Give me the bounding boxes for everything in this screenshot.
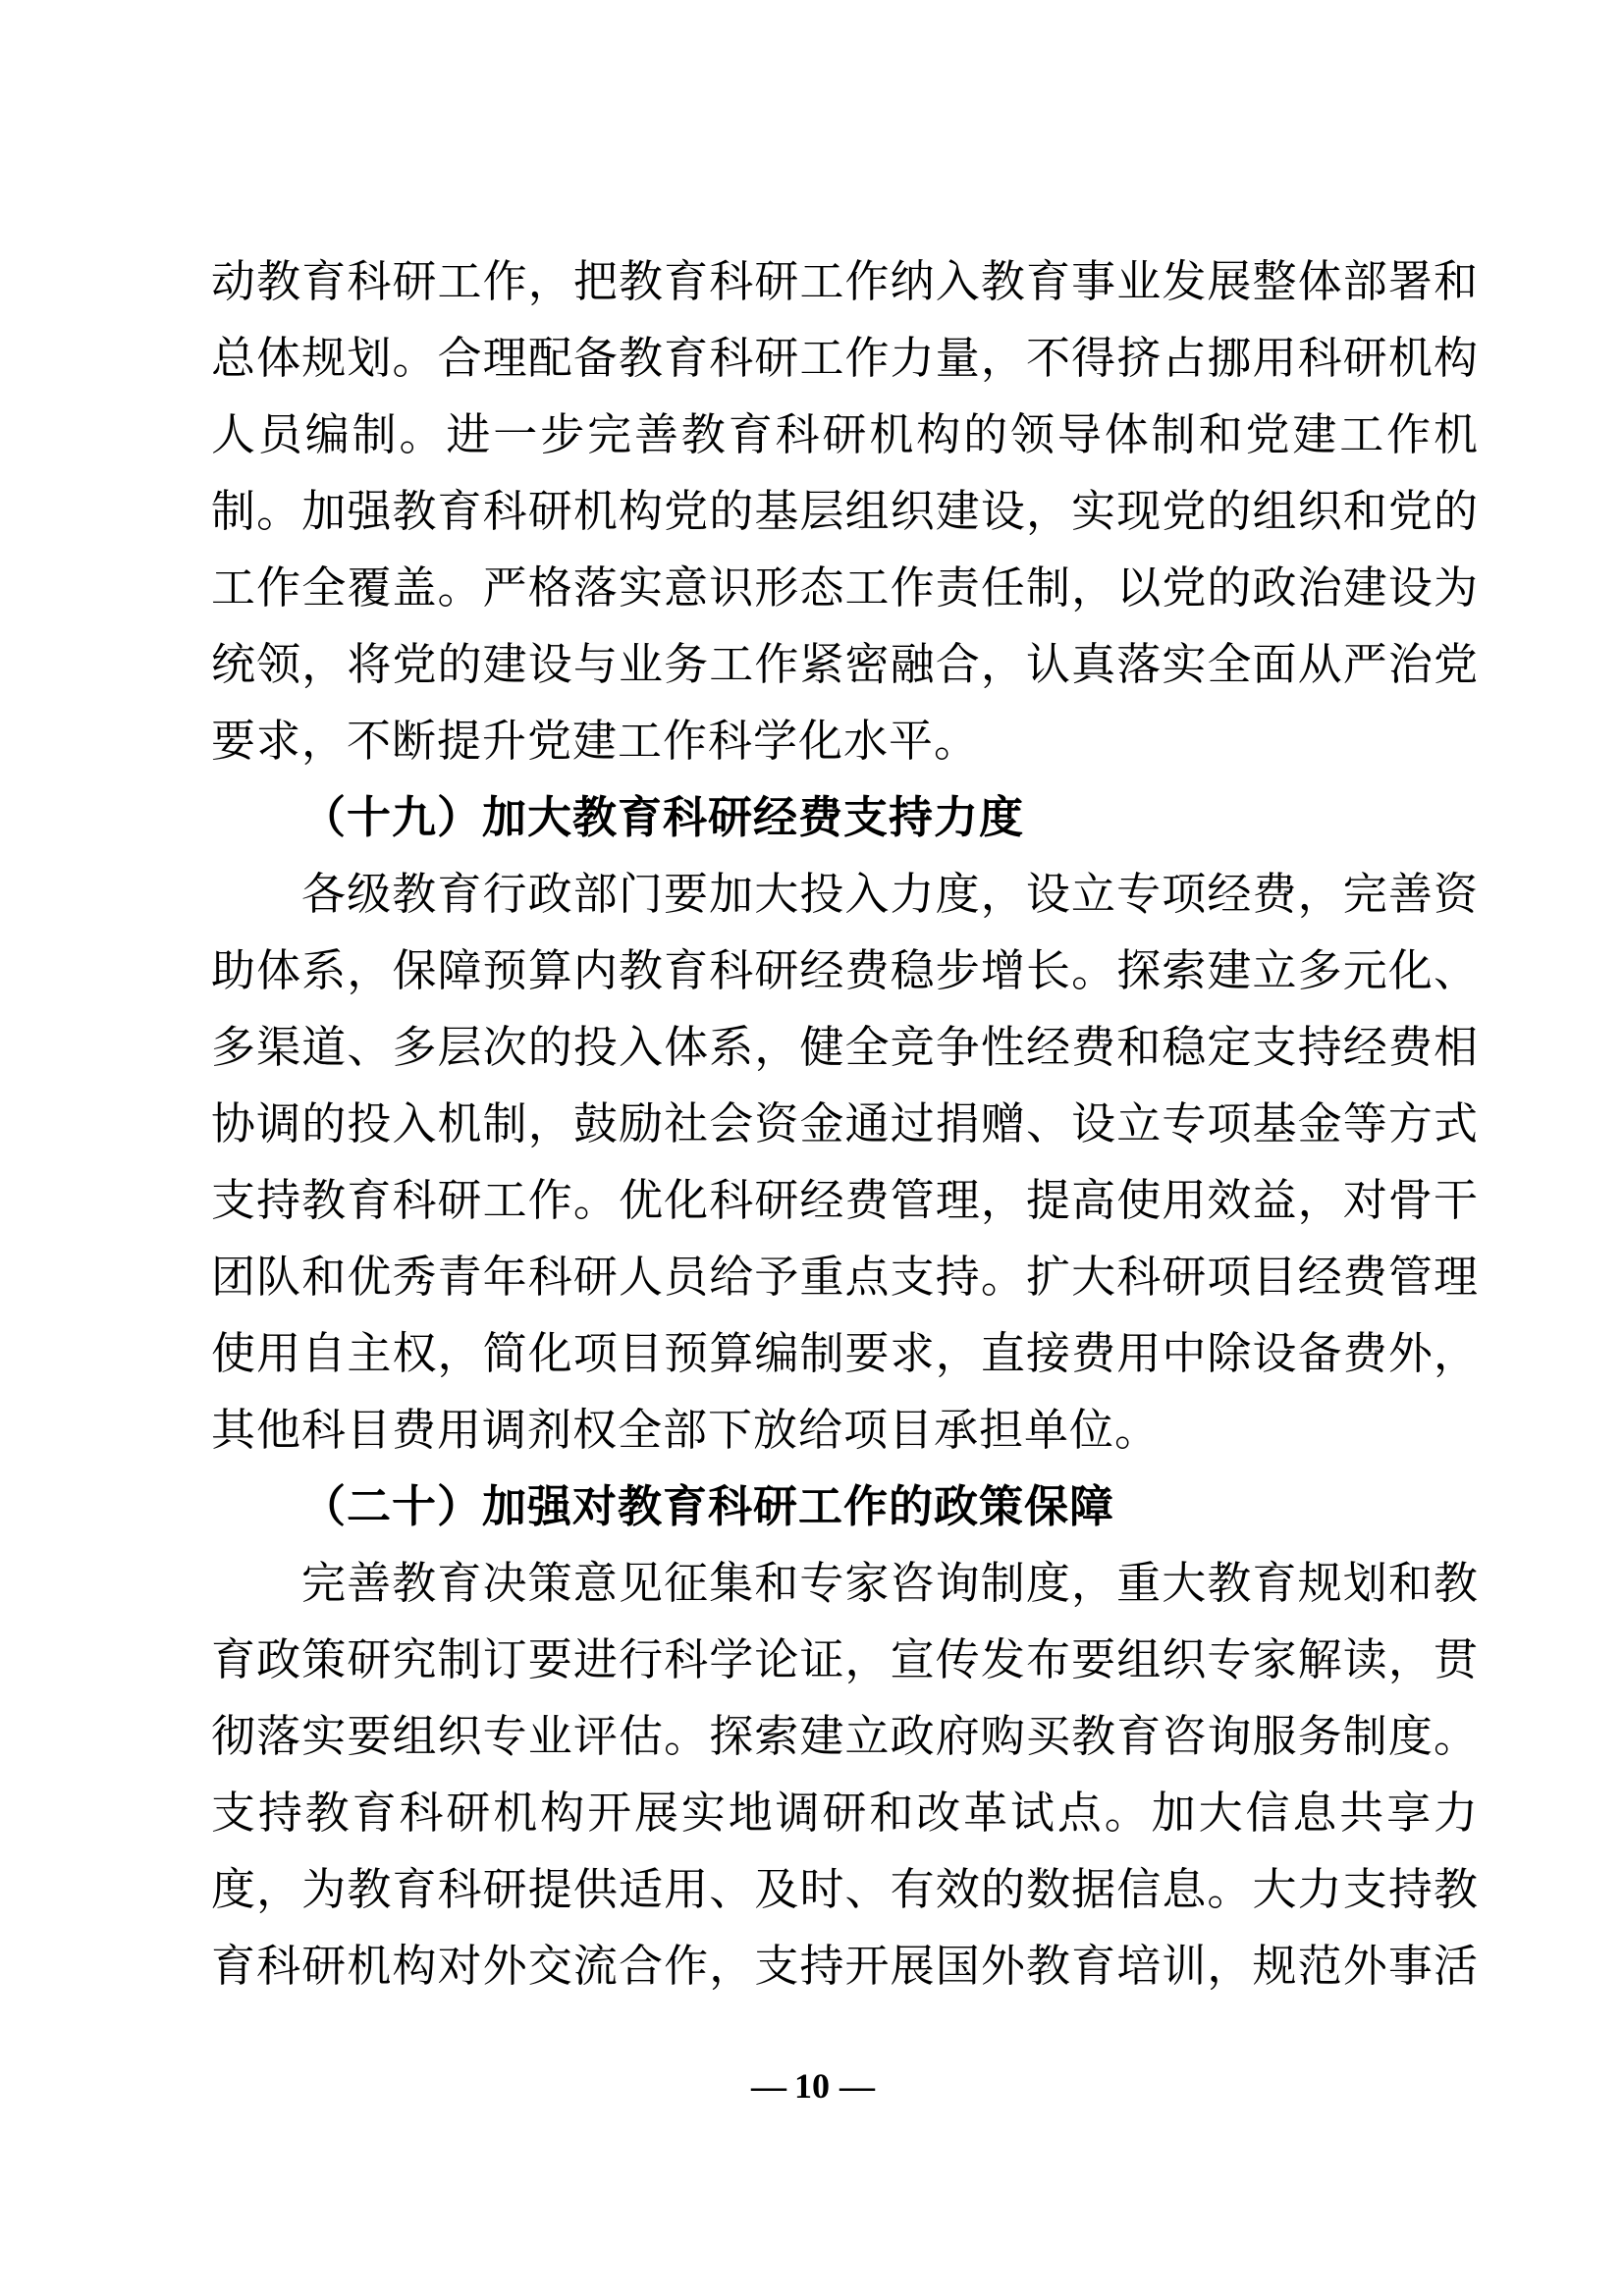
section-heading: （二十）加强对教育科研工作的政策保障 <box>211 1468 1478 1545</box>
text-line: 总体规划。合理配备教育科研工作力量，不得挤占挪用科研机构 <box>211 320 1478 397</box>
page-footer: —10— <box>0 2065 1624 2107</box>
page-number: 10 <box>794 2066 830 2106</box>
footer-left-dash: — <box>741 2066 794 2106</box>
text-line: 育科研机构对外交流合作，支持开展国外教育培训，规范外事活 <box>211 1928 1478 2004</box>
text-line: 彻落实要组织专业评估。探索建立政府购买教育咨询服务制度。 <box>211 1698 1478 1775</box>
document-page: 动教育科研工作，把教育科研工作纳入教育事业发展整体部署和总体规划。合理配备教育科… <box>0 0 1624 2296</box>
paragraph: 各级教育行政部门要加大投入力度，设立专项经费，完善资助体系，保障预算内教育科研经… <box>211 856 1478 1468</box>
text-line: 统领，将党的建设与业务工作紧密融合，认真落实全面从严治党 <box>211 626 1478 703</box>
text-line: 制。加强教育科研机构党的基层组织建设，实现党的组织和党的 <box>211 473 1478 550</box>
text-line: 助体系，保障预算内教育科研经费稳步增长。探索建立多元化、 <box>211 933 1478 1009</box>
text-line: 协调的投入机制，鼓励社会资金通过捐赠、设立专项基金等方式 <box>211 1086 1478 1162</box>
section-heading: （十九）加大教育科研经费支持力度 <box>211 779 1478 856</box>
footer-right-dash: — <box>830 2066 883 2106</box>
document-body: 动教育科研工作，把教育科研工作纳入教育事业发展整体部署和总体规划。合理配备教育科… <box>211 243 1478 2004</box>
text-line: 使用自主权，简化项目预算编制要求，直接费用中除设备费外， <box>211 1315 1478 1392</box>
text-line: 人员编制。进一步完善教育科研机构的领导体制和党建工作机 <box>211 397 1478 473</box>
text-line: 育政策研究制订要进行科学论证，宣传发布要组织专家解读，贯 <box>211 1622 1478 1698</box>
text-line: 支持教育科研机构开展实地调研和改革试点。加大信息共享力 <box>211 1775 1478 1851</box>
text-line: 多渠道、多层次的投入体系，健全竞争性经费和稳定支持经费相 <box>211 1009 1478 1086</box>
text-line: 其他科目费用调剂权全部下放给项目承担单位。 <box>211 1392 1478 1468</box>
text-line: 各级教育行政部门要加大投入力度，设立专项经费，完善资 <box>211 856 1478 933</box>
paragraph: 动教育科研工作，把教育科研工作纳入教育事业发展整体部署和总体规划。合理配备教育科… <box>211 243 1478 779</box>
text-line: 度，为教育科研提供适用、及时、有效的数据信息。大力支持教 <box>211 1851 1478 1928</box>
text-line: 团队和优秀青年科研人员给予重点支持。扩大科研项目经费管理 <box>211 1239 1478 1315</box>
text-line: 要求，不断提升党建工作科学化水平。 <box>211 703 1478 779</box>
text-line: 动教育科研工作，把教育科研工作纳入教育事业发展整体部署和 <box>211 243 1478 320</box>
text-line: 工作全覆盖。严格落实意识形态工作责任制，以党的政治建设为 <box>211 550 1478 626</box>
text-line: 完善教育决策意见征集和专家咨询制度，重大教育规划和教 <box>211 1545 1478 1622</box>
paragraph: 完善教育决策意见征集和专家咨询制度，重大教育规划和教育政策研究制订要进行科学论证… <box>211 1545 1478 2004</box>
text-line: 支持教育科研工作。优化科研经费管理，提高使用效益，对骨干 <box>211 1162 1478 1239</box>
